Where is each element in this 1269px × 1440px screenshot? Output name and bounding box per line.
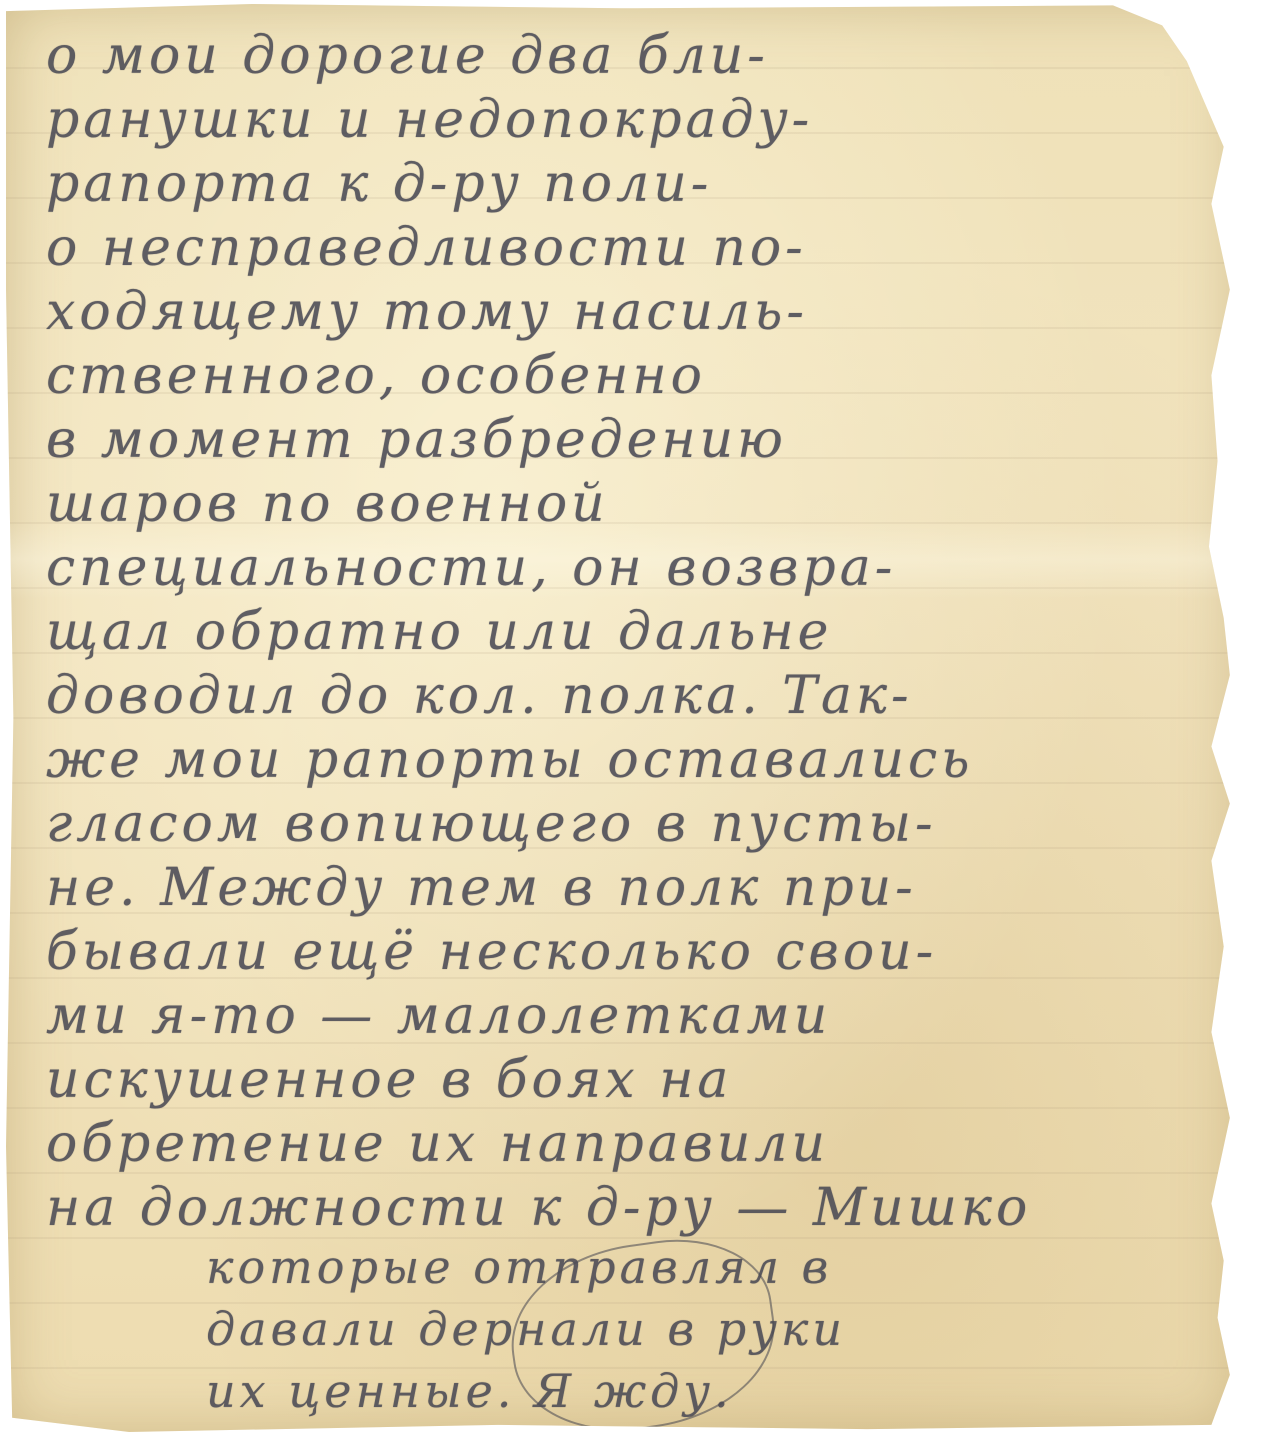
- text-line: ми я-то — малолетками: [46, 984, 1196, 1048]
- text-line: обретение их направили: [46, 1112, 1196, 1176]
- text-line: о несправедливости по-: [46, 216, 1196, 280]
- letter-paper: о мои дорогие два бли- ранушки и недопок…: [6, 4, 1236, 1432]
- text-line: ранушки и недопокраду-: [46, 88, 1196, 152]
- text-line: в момент разбредению: [46, 408, 1196, 472]
- text-line: не. Между тем в полк при-: [46, 856, 1196, 920]
- letter-footer: которые отправлял в давали дернали в рук…: [206, 1236, 1206, 1422]
- text-line: рапорта к д-ру поли-: [46, 152, 1196, 216]
- text-line: гласом вопиющего в пусты-: [46, 792, 1196, 856]
- text-line: о мои дорогие два бли-: [46, 24, 1196, 88]
- footer-line: которые отправлял в: [206, 1236, 1206, 1298]
- text-line: же мои рапорты оставались: [46, 728, 1196, 792]
- text-line: на должности к д-ру — Мишко: [46, 1176, 1196, 1240]
- footer-line: их ценные. Я жду.: [206, 1360, 1206, 1422]
- text-line: искушенное в боях на: [46, 1048, 1196, 1112]
- letter-body: о мои дорогие два бли- ранушки и недопок…: [46, 24, 1196, 1240]
- text-line: щал обратно или дальне: [46, 600, 1196, 664]
- text-line: ходящему тому насиль-: [46, 280, 1196, 344]
- text-line: шаров по военной: [46, 472, 1196, 536]
- text-line: ственного, особенно: [46, 344, 1196, 408]
- text-line: бывали ещё несколько свои-: [46, 920, 1196, 984]
- footer-line: давали дернали в руки: [206, 1298, 1206, 1360]
- text-line: доводил до кол. полка. Так-: [46, 664, 1196, 728]
- text-line: специальности, он возвра-: [46, 536, 1196, 600]
